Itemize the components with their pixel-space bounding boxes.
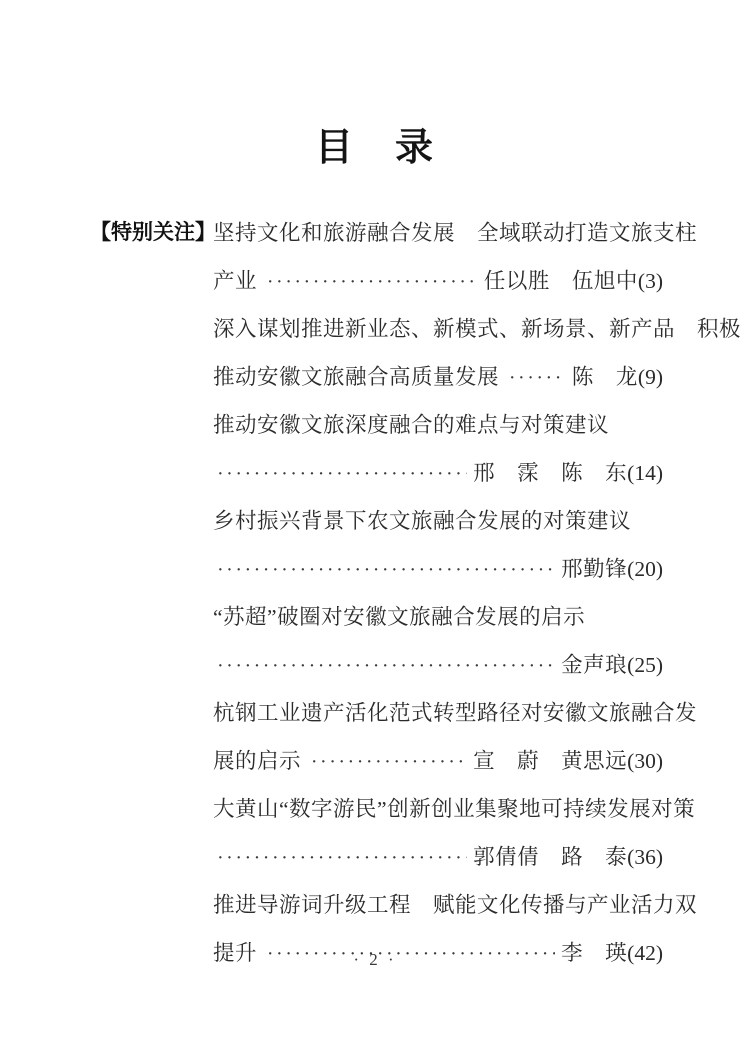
toc-page-number: (25) (627, 641, 663, 689)
toc-line-text: 推动安徽文旅深度融合的难点与对策建议 (213, 401, 609, 449)
toc-entry-leader-line: 推动安徽文旅融合高质量发展 ··························… (213, 353, 663, 401)
toc-entry-leader-line: ········································… (213, 641, 663, 689)
toc-entry-title-line: 深入谋划推进新业态、新模式、新场景、新产品 积极 (213, 305, 663, 353)
toc-authors: 邢勤锋 (561, 545, 627, 593)
toc-entry-title-line: 推动安徽文旅深度融合的难点与对策建议 (213, 401, 663, 449)
toc-authors: 任以胜 伍旭中 (484, 257, 638, 305)
toc-entry-leader-line: ········································… (213, 833, 663, 881)
toc-page-number: (36) (627, 833, 663, 881)
toc-entry-title-line: 大黄山“数字游民”创新创业集聚地可持续发展对策 (213, 785, 663, 833)
toc-line-text: 乡村振兴背景下农文旅融合发展的对策建议 (213, 497, 631, 545)
toc-page-number: (14) (627, 449, 663, 497)
toc-page-number: (3) (638, 257, 663, 305)
toc-entry-title-line: 推进导游词升级工程 赋能文化传播与产业活力双 (213, 881, 663, 929)
toc-line-text: “苏超”破圈对安徽文旅融合发展的启示 (213, 593, 585, 641)
toc-entry-title-line: 杭钢工业遗产活化范式转型路径对安徽文旅融合发 (213, 689, 663, 737)
toc-page-number: (9) (638, 353, 663, 401)
toc-page-number: (30) (627, 737, 663, 785)
toc-entry-title-line: 坚持文化和旅游融合发展 全域联动打造文旅支柱 (213, 209, 663, 257)
toc-authors: 金声琅 (561, 641, 627, 689)
toc-list: 【特别关注】 坚持文化和旅游融合发展 全域联动打造文旅支柱 产业 ·······… (0, 209, 750, 977)
toc-line-text: 产业 (213, 257, 263, 305)
page-number-footer: · 2 · (0, 948, 750, 972)
toc-authors: 陈 龙 (572, 353, 638, 401)
toc-line-text: 杭钢工业遗产活化范式转型路径对安徽文旅融合发 (213, 689, 697, 737)
toc-entry-leader-line: 产业 ·····································… (213, 257, 663, 305)
toc-entry-title-line: 乡村振兴背景下农文旅融合发展的对策建议 (213, 497, 663, 545)
dot-leader: ········································… (509, 354, 566, 402)
toc-authors: 郭倩倩 路 泰 (473, 833, 627, 881)
toc-entry-leader-line: ········································… (213, 449, 663, 497)
toc-line-text: 深入谋划推进新业态、新模式、新场景、新产品 积极 (213, 305, 741, 353)
dot-leader: ········································… (267, 258, 478, 306)
dot-leader: ········································… (311, 738, 467, 786)
toc-authors: 邢 霂 陈 东 (473, 449, 627, 497)
toc-line-text: 大黄山“数字游民”创新创业集聚地可持续发展对策 (213, 785, 695, 833)
dot-leader: ········································… (217, 642, 555, 690)
dot-leader: ········································… (217, 546, 555, 594)
section-label: 【特别关注】 (90, 209, 216, 257)
toc-line-text: 坚持文化和旅游融合发展 全域联动打造文旅支柱 (213, 209, 697, 257)
toc-line-text: 展的启示 (213, 737, 307, 785)
toc-entry-title-line: “苏超”破圈对安徽文旅融合发展的启示 (213, 593, 663, 641)
toc-entry-leader-line: 展的启示 ···································… (213, 737, 663, 785)
page-title: 目 录 (0, 124, 750, 172)
toc-line-text: 推动安徽文旅融合高质量发展 (213, 353, 505, 401)
dot-leader: ········································… (217, 834, 467, 882)
toc-page-number: (20) (627, 545, 663, 593)
toc-line-text: 推进导游词升级工程 赋能文化传播与产业活力双 (213, 881, 697, 929)
toc-entry-leader-line: ········································… (213, 545, 663, 593)
toc-authors: 宣 蔚 黄思远 (473, 737, 627, 785)
toc-page: 目 录 【特别关注】 坚持文化和旅游融合发展 全域联动打造文旅支柱 产业 ···… (0, 0, 750, 1045)
dot-leader: ········································… (217, 450, 467, 498)
